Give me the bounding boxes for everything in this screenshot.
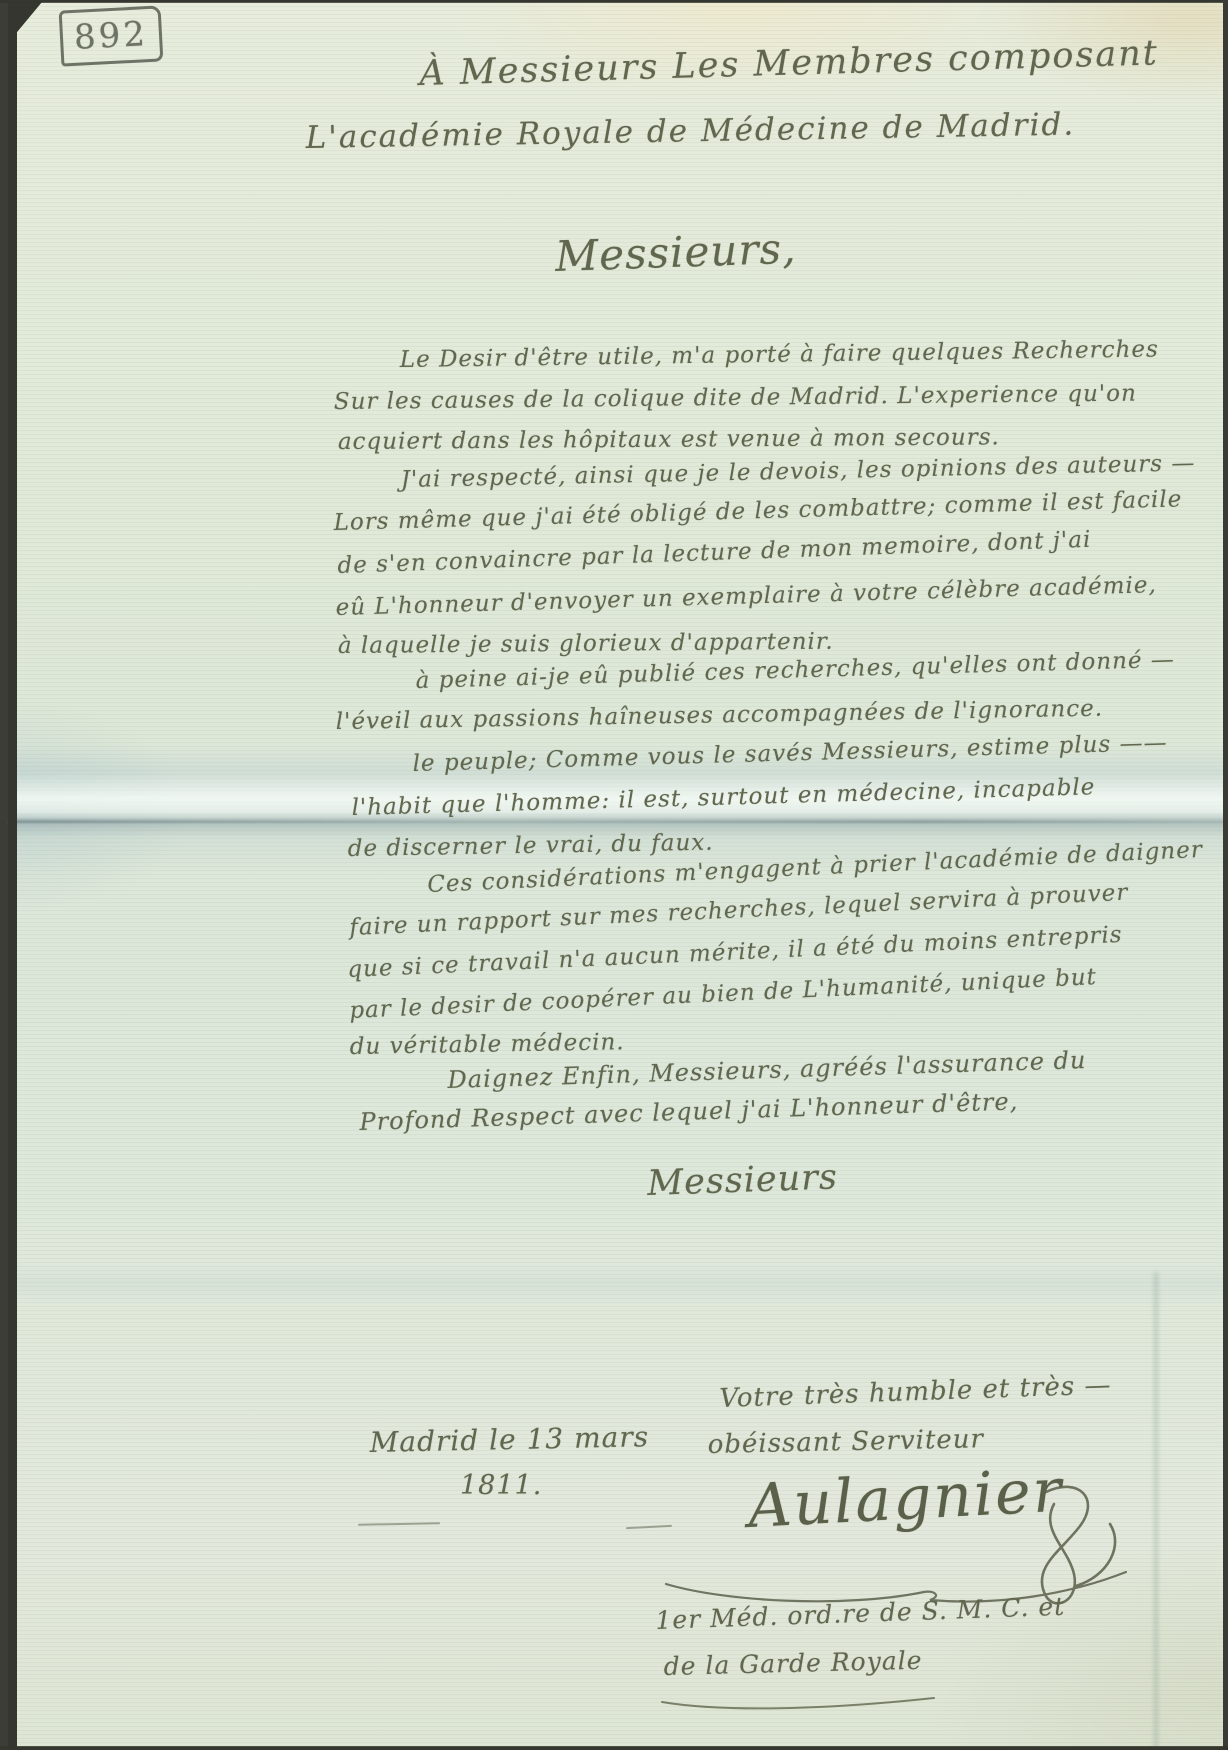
scan-edge-top [0, 0, 1228, 3]
scanned-letter-page: 892 À Messieurs Les Membres composant L'… [0, 0, 1228, 1750]
title-underline-flourish [658, 1692, 938, 1712]
body-line: à laquelle je suis glorieux d'appartenir… [338, 629, 834, 659]
paper-sheet: 892 À Messieurs Les Membres composant L'… [8, 2, 1224, 1747]
fold-crease-line [8, 820, 1224, 823]
scan-edge-bottom [0, 1746, 1228, 1750]
scan-edge-left [8, 2, 17, 1747]
salutation: Messieurs, [554, 224, 797, 281]
fold-crease-faint [8, 1264, 1224, 1304]
body-line: du véritable médecin. [350, 1029, 625, 1060]
vertical-crease [1154, 1272, 1158, 1750]
archival-number-stamp: 892 [59, 5, 164, 66]
valediction-line-2: obéissant Serviteur [707, 1424, 984, 1460]
subscription: Messieurs [647, 1157, 839, 1204]
date-year: 1811. [460, 1470, 542, 1501]
archival-number: 892 [73, 14, 149, 58]
body-line: acquiert dans les hôpitaux est venue à m… [338, 424, 1000, 455]
place-date-line: Madrid le 13 mars [369, 1420, 649, 1459]
scan-edge-right [1223, 0, 1228, 1750]
